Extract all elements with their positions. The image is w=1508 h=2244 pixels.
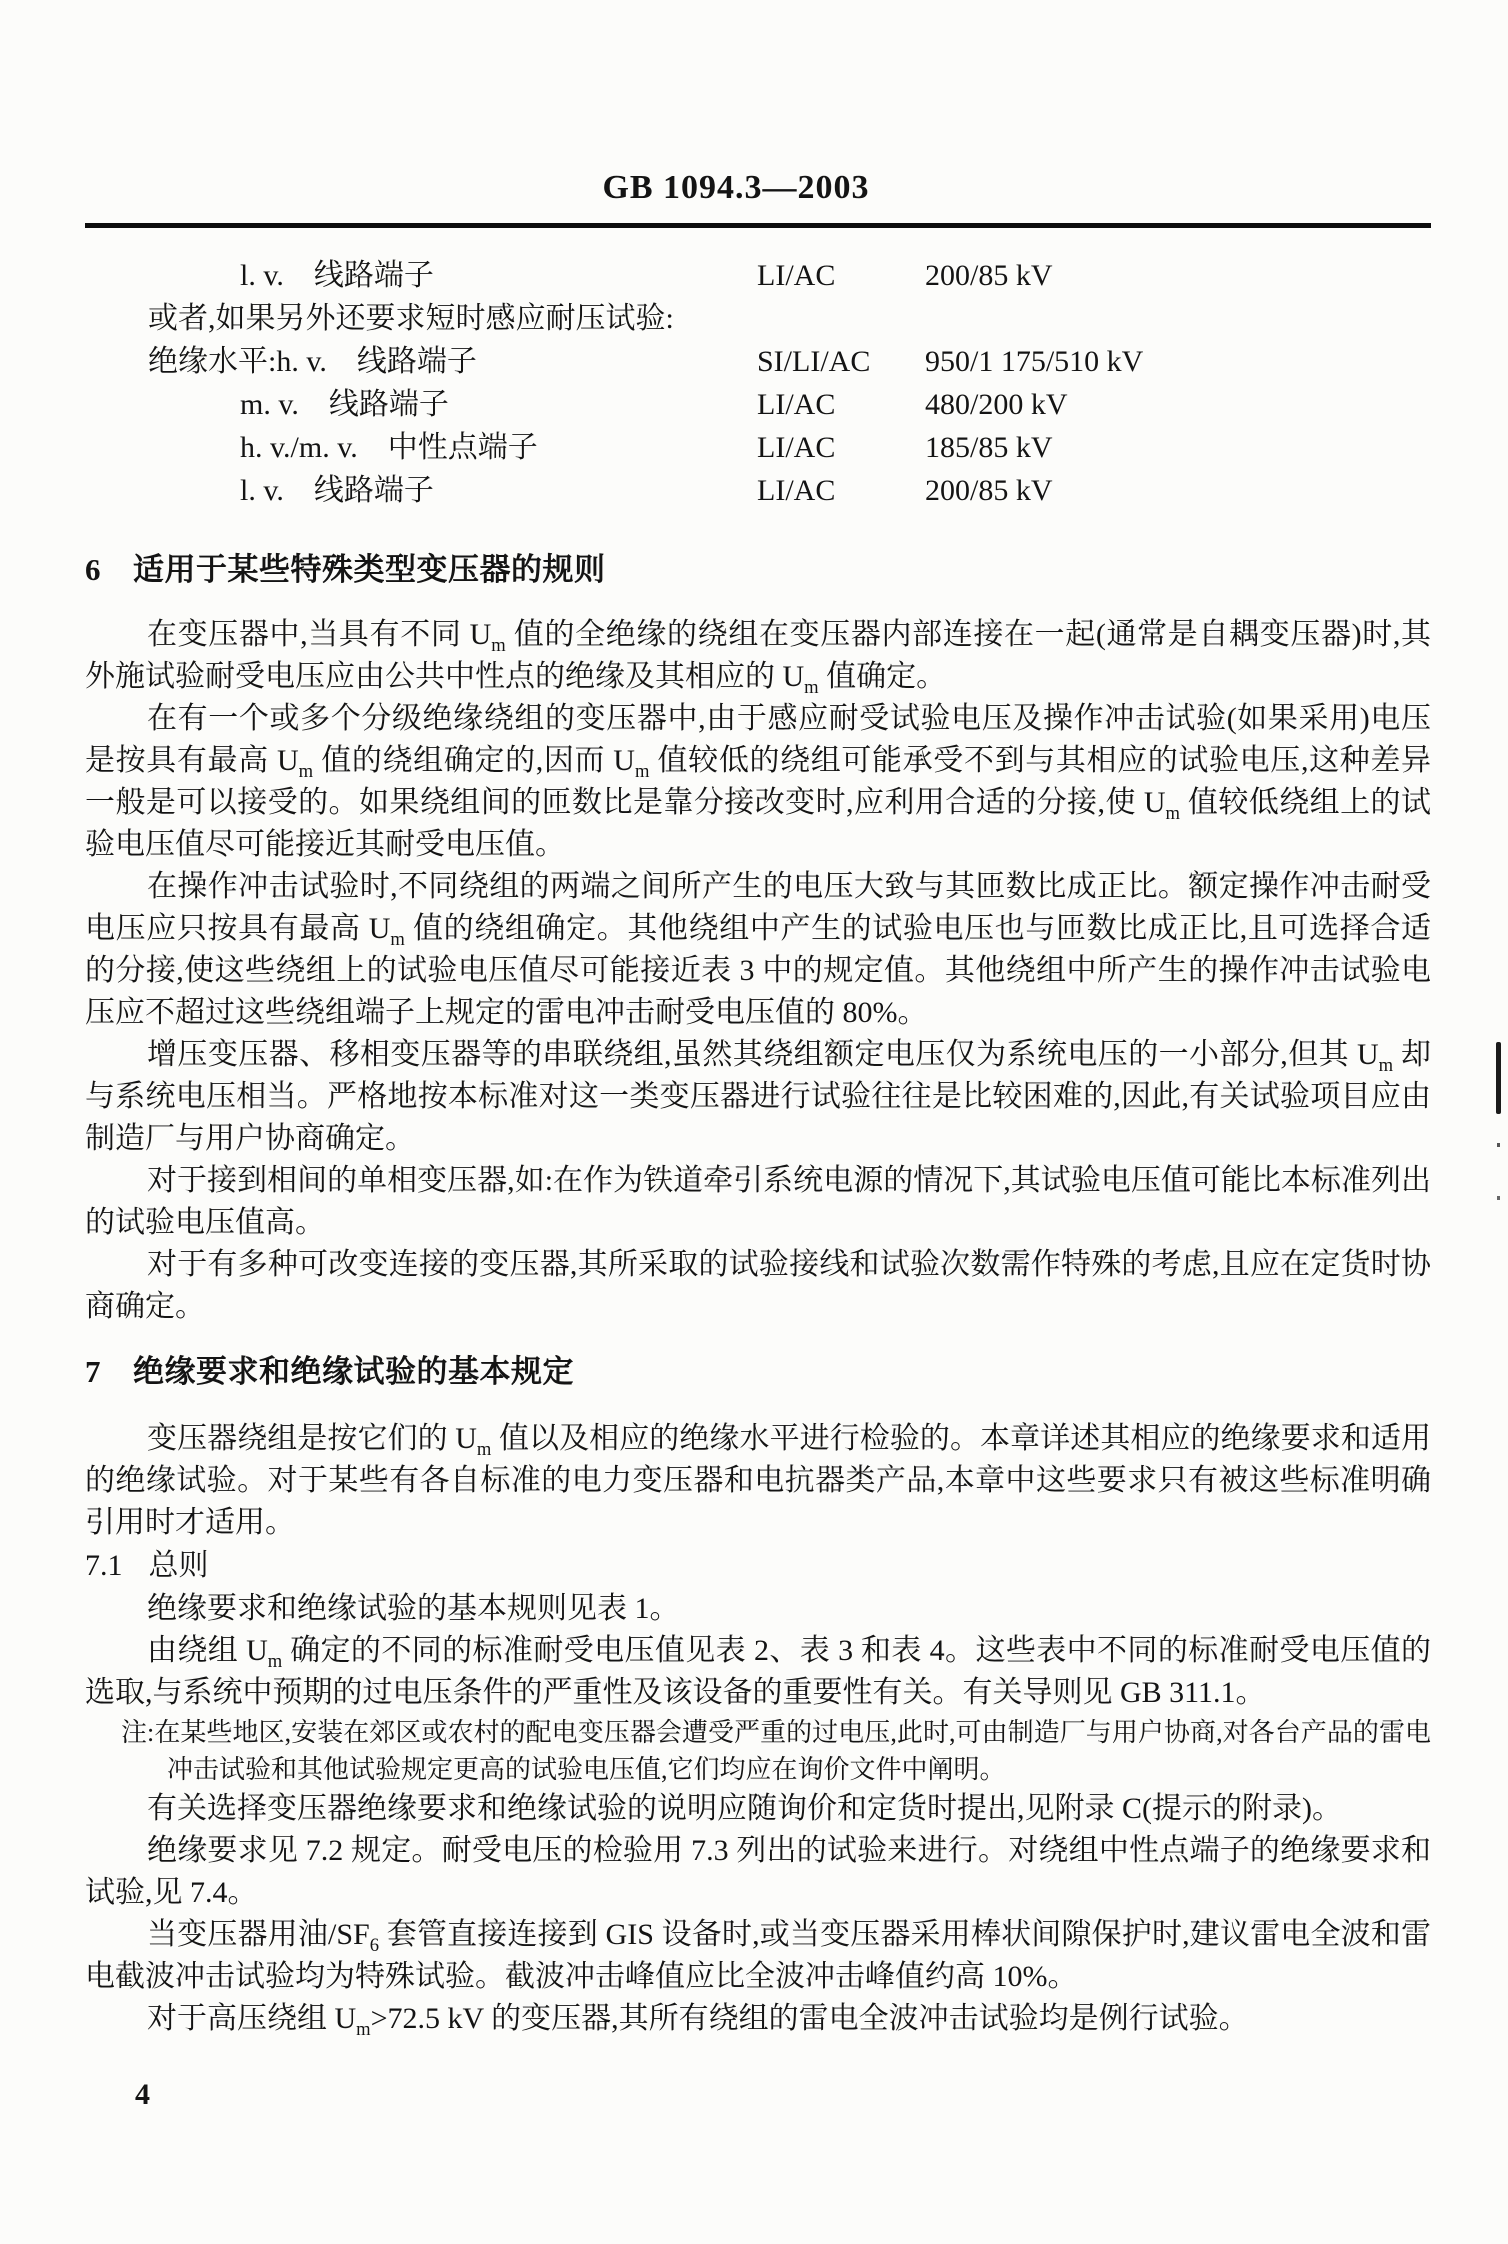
section-6-title: 适用于某些特殊类型变压器的规则 bbox=[133, 552, 606, 587]
spec-test-type: SI/LI/AC bbox=[757, 340, 870, 383]
paragraph: 对于接到相间的单相变压器,如:在作为铁道牵引系统电源的情况下,其试验电压值可能比… bbox=[85, 1160, 1431, 1244]
spec-row: h. v./m. v. 中性点端子 LI/AC 185/85 kV bbox=[85, 426, 1431, 469]
spec-test-type: LI/AC bbox=[757, 426, 835, 469]
section-7-heading: 7绝缘要求和绝缘试验的基本规定 bbox=[85, 1350, 1431, 1394]
spec-voltage-value: 950/1 175/510 kV bbox=[925, 340, 1143, 383]
spec-voltage-value: 185/85 kV bbox=[925, 426, 1053, 469]
scan-artifact-line bbox=[1496, 1042, 1501, 1114]
paragraph: 绝缘要求见 7.2 规定。耐受电压的检验用 7.3 列出的试验来进行。对绕组中性… bbox=[85, 1830, 1431, 1914]
spec-label: 或者,如果另外还要求短时感应耐压试验: bbox=[85, 297, 674, 340]
standard-code-header: GB 1094.3—2003 bbox=[63, 0, 1409, 210]
spec-label: h. v./m. v. 中性点端子 bbox=[85, 426, 538, 469]
note-paragraph: 注:在某些地区,安装在郊区或农村的配电变压器会遭受严重的过电压,此时,可由制造厂… bbox=[85, 1714, 1431, 1788]
paragraph: 当变压器用油/SF6 套管直接连接到 GIS 设备时,或当变压器采用棒状间隙保护… bbox=[85, 1914, 1431, 1998]
spec-row: l. v. 线路端子 LI/AC 200/85 kV bbox=[85, 469, 1431, 512]
page-content: GB 1094.3—2003 l. v. 线路端子 LI/AC 200/85 k… bbox=[85, 0, 1431, 2040]
paragraph: 由绕组 Um 确定的不同的标准耐受电压值见表 2、表 3 和表 4。这些表中不同… bbox=[85, 1630, 1431, 1714]
section-7-title: 绝缘要求和绝缘试验的基本规定 bbox=[133, 1354, 574, 1389]
spec-label: 绝缘水平:h. v. 线路端子 bbox=[85, 340, 477, 383]
spec-row: 或者,如果另外还要求短时感应耐压试验: bbox=[85, 297, 1431, 340]
paragraph: 有关选择变压器绝缘要求和绝缘试验的说明应随询价和定货时提出,见附录 C(提示的附… bbox=[85, 1788, 1431, 1830]
spec-voltage-value: 480/200 kV bbox=[925, 383, 1068, 426]
paragraph: 在有一个或多个分级绝缘绕组的变压器中,由于感应耐受试验电压及操作冲击试验(如果采… bbox=[85, 698, 1431, 866]
clause-7-1-number: 7.1 bbox=[85, 1544, 123, 1588]
paragraph: 对于有多种可改变连接的变压器,其所采取的试验接线和试验次数需作特殊的考虑,且应在… bbox=[85, 1244, 1431, 1328]
paragraph: 增压变压器、移相变压器等的串联绕组,虽然其绕组额定电压仅为系统电压的一小部分,但… bbox=[85, 1034, 1431, 1160]
document-page: GB 1094.3—2003 l. v. 线路端子 LI/AC 200/85 k… bbox=[0, 0, 1508, 2244]
paragraph: 绝缘要求和绝缘试验的基本规则见表 1。 bbox=[85, 1588, 1431, 1630]
page-number: 4 bbox=[135, 2078, 150, 2112]
section-6-number: 6 bbox=[85, 548, 133, 592]
section-7-number: 7 bbox=[85, 1350, 133, 1394]
spec-label: l. v. 线路端子 bbox=[85, 254, 434, 297]
spec-label: l. v. 线路端子 bbox=[85, 469, 434, 512]
spec-row: m. v. 线路端子 LI/AC 480/200 kV bbox=[85, 383, 1431, 426]
spec-test-type: LI/AC bbox=[757, 383, 835, 426]
paragraph: 在变压器中,当具有不同 Um 值的全绝缘的绕组在变压器内部连接在一起(通常是自耦… bbox=[85, 614, 1431, 698]
header-rule bbox=[85, 223, 1431, 228]
paragraph: 在操作冲击试验时,不同绕组的两端之间所产生的电压大致与其匝数比成正比。额定操作冲… bbox=[85, 866, 1431, 1034]
spec-row: 绝缘水平:h. v. 线路端子 SI/LI/AC 950/1 175/510 k… bbox=[85, 340, 1431, 383]
insulation-level-list: l. v. 线路端子 LI/AC 200/85 kV 或者,如果另外还要求短时感… bbox=[85, 254, 1431, 512]
spec-voltage-value: 200/85 kV bbox=[925, 254, 1053, 297]
spec-test-type: LI/AC bbox=[757, 469, 835, 512]
scan-artifact-dot bbox=[1497, 1196, 1500, 1200]
paragraph: 对于高压绕组 Um>72.5 kV 的变压器,其所有绕组的雷电全波冲击试验均是例… bbox=[85, 1998, 1431, 2040]
spec-voltage-value: 200/85 kV bbox=[925, 469, 1053, 512]
spec-test-type: LI/AC bbox=[757, 254, 835, 297]
clause-7-1-title: 总则 bbox=[149, 1549, 209, 1582]
spec-row: l. v. 线路端子 LI/AC 200/85 kV bbox=[85, 254, 1431, 297]
paragraph: 变压器绕组是按它们的 Um 值以及相应的绝缘水平进行检验的。本章详述其相应的绝缘… bbox=[85, 1418, 1431, 1544]
spec-label: m. v. 线路端子 bbox=[85, 383, 449, 426]
section-6-heading: 6适用于某些特殊类型变压器的规则 bbox=[85, 548, 1431, 592]
scan-artifact-dot bbox=[1497, 1143, 1500, 1147]
clause-7-1-heading: 7.1总则 bbox=[85, 1544, 1431, 1588]
